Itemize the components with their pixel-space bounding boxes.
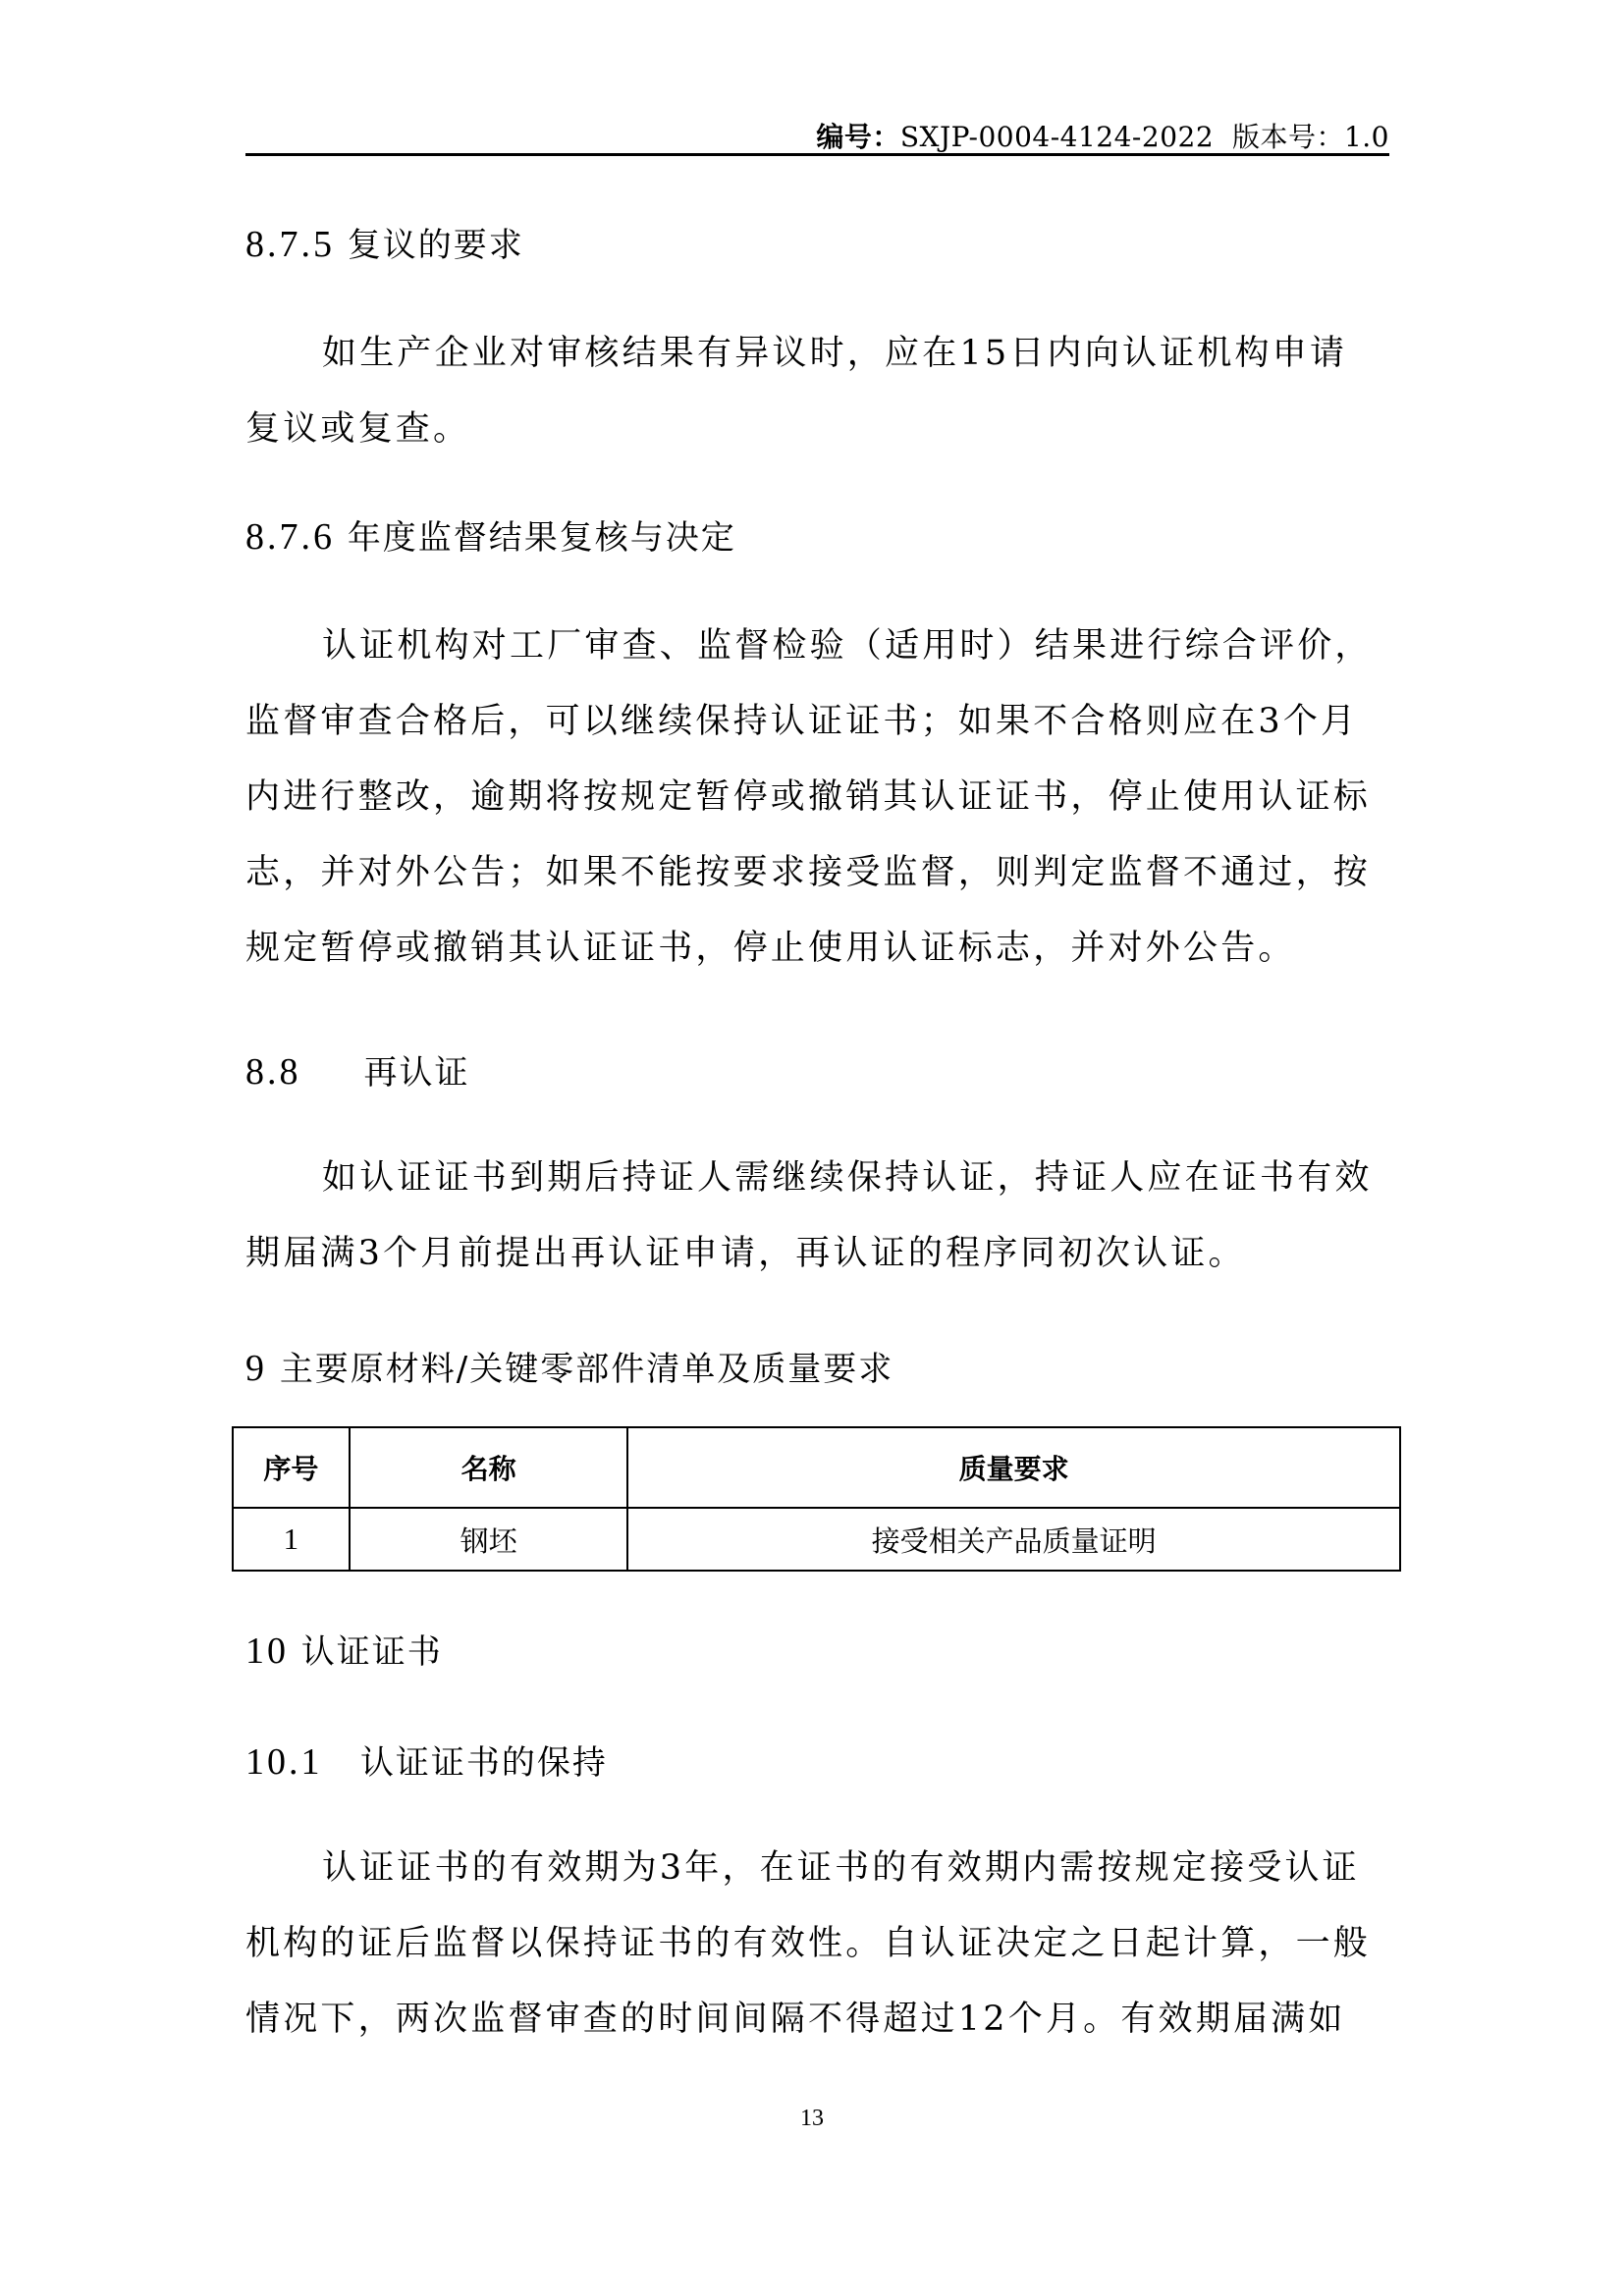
cell-serial-no: 1 [233,1508,350,1571]
section-number: 8.7.5 [245,224,335,265]
section-number: 8.7.6 [245,516,335,558]
table-row: 1 钢坯 接受相关产品质量证明 [233,1508,1400,1571]
section-title: 年度监督结果复核与决定 [348,518,736,558]
doc-code-label: 编号： [816,121,900,153]
section-heading-8-8: 8.8 再认证 [245,1045,470,1094]
section-title: 认证证书 [301,1632,443,1672]
paragraph-line: 机构的证后监督以保持证书的有效性。自认证决定之日起计算，一般 [245,1906,1394,1982]
paragraph-line: 如认证证书到期后持证人需继续保持认证，持证人应在证书有效 [245,1141,1394,1216]
document-header: 编号：SXJP-0004-4124-2022 版本号：1.0 [245,116,1389,155]
section-number: 8.8 [245,1051,301,1093]
header-rule [245,153,1389,156]
section-heading-10-1: 10.1 认证证书的保持 [245,1735,608,1784]
section-heading-8-7-5: 8.7.5 复议的要求 [245,218,524,266]
header-serial-no: 序号 [233,1427,350,1508]
table-header-row: 序号 名称 质量要求 [233,1427,1400,1508]
section-title: 主要原材料/关键零部件清单及质量要求 [280,1350,893,1389]
paragraph-line: 认证机构对工厂审查、监督检验（适用时）结果进行综合评价， [245,609,1394,684]
paragraph-8-7-5: 如生产企业对审核结果有异议时，应在15日内向认证机构申请 复议或复查。 [245,316,1394,467]
section-number: 10 [245,1630,289,1672]
section-heading-8-7-6: 8.7.6 年度监督结果复核与决定 [245,510,736,559]
section-heading-10: 10 认证证书 [245,1625,443,1673]
version-label: 版本号： [1232,121,1344,153]
section-number: 10.1 [245,1741,323,1783]
paragraph-line: 情况下，两次监督审查的时间间隔不得超过12个月。有效期届满如 [245,1982,1394,2057]
paragraph-8-7-6: 认证机构对工厂审查、监督检验（适用时）结果进行综合评价， 监督审查合格后，可以继… [245,609,1394,987]
paragraph-line: 志，并对外公告；如果不能按要求接受监督，则判定监督不通过，按 [245,835,1394,911]
version-value: 1.0 [1344,121,1389,153]
paragraph-line: 认证证书的有效期为3年，在证书的有效期内需按规定接受认证 [245,1831,1394,1906]
paragraph-8-8: 如认证证书到期后持证人需继续保持认证，持证人应在证书有效 期届满3个月前提出再认… [245,1141,1394,1292]
paragraph-line: 监督审查合格后，可以继续保持认证证书；如果不合格则应在3个月 [245,684,1394,760]
paragraph-line: 内进行整改，逾期将按规定暂停或撤销其认证证书，停止使用认证标 [245,760,1394,835]
cell-name: 钢坯 [350,1508,628,1571]
paragraph-line: 复议或复查。 [245,392,1394,467]
page-number: 13 [0,2106,1624,2132]
section-title: 再认证 [364,1053,470,1093]
header-name: 名称 [350,1427,628,1508]
materials-quality-table: 序号 名称 质量要求 1 钢坯 接受相关产品质量证明 [232,1426,1401,1572]
section-title: 认证证书的保持 [360,1743,608,1783]
section-title: 复议的要求 [348,226,524,265]
paragraph-line: 期届满3个月前提出再认证申请，再认证的程序同初次认证。 [245,1216,1394,1292]
doc-code-value: SXJP-0004-4124-2022 [900,121,1214,153]
section-heading-9: 9 主要原材料/关键零部件清单及质量要求 [245,1342,893,1390]
paragraph-line: 如生产企业对审核结果有异议时，应在15日内向认证机构申请 [245,316,1394,392]
cell-quality-requirement: 接受相关产品质量证明 [627,1508,1400,1571]
paragraph-10-1: 认证证书的有效期为3年，在证书的有效期内需按规定接受认证 机构的证后监督以保持证… [245,1831,1394,2057]
paragraph-line: 规定暂停或撤销其认证证书，停止使用认证标志，并对外公告。 [245,911,1394,987]
header-quality-requirement: 质量要求 [627,1427,1400,1508]
section-number: 9 [245,1348,267,1389]
